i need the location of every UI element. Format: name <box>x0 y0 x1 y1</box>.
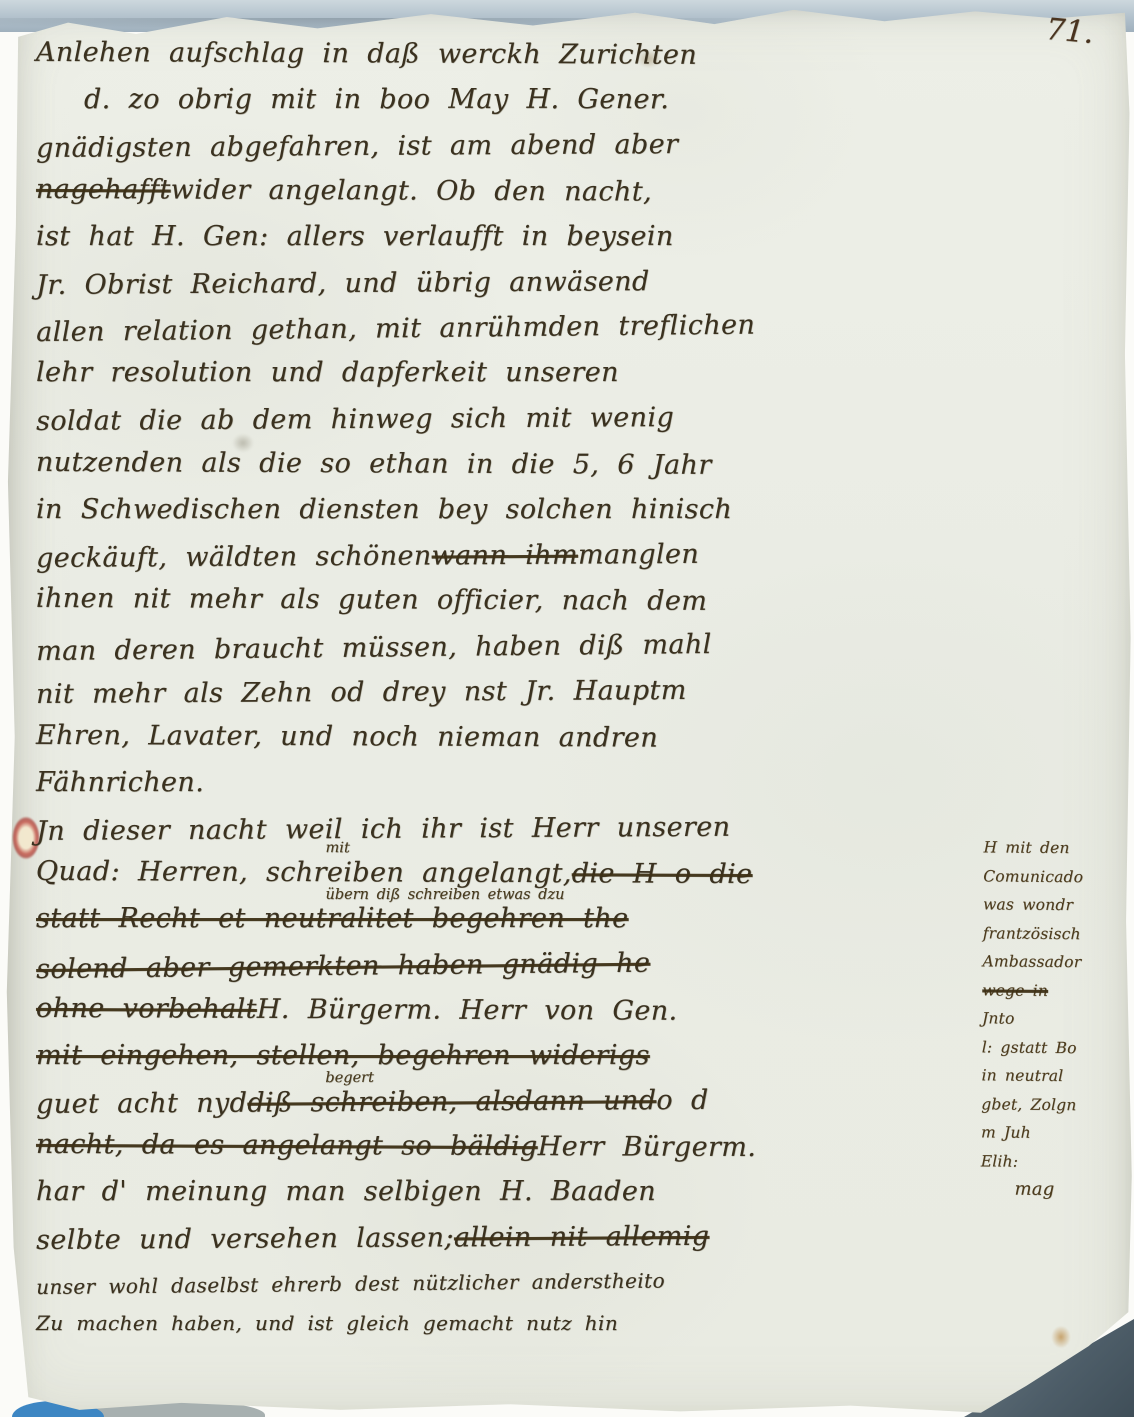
manuscript-line: statt Recht et neutralitet begehren theü… <box>36 889 1001 935</box>
manuscript-line: har d' meinung man selbigen H. Baaden <box>36 1162 1001 1208</box>
manuscript-line: Anlehen aufschlag in daß werckh Zurichte… <box>36 22 1001 72</box>
text-segment: wider angelangt. Ob den nacht, <box>171 173 652 206</box>
manuscript-line: guet acht nyd diß schreiben, alsdann und… <box>36 1068 1001 1119</box>
text-segment: har d' meinung man selbigen H. Baaden <box>36 1176 656 1207</box>
text-segment: statt Recht et neutralitet begehren the <box>36 903 628 934</box>
manuscript-line: Zu machen haben, und ist gleich gemacht … <box>36 1294 1001 1335</box>
manuscript-line: Jr. Obrist Reichard, und übrig anwäsend <box>36 249 1001 300</box>
margin-note: Ambassador <box>982 947 1134 977</box>
manuscript-line: d. zo obrig mit in boo May H. Gener. <box>36 70 1001 116</box>
manuscript-line: unser wohl daselbst ehrerb dest nützlich… <box>36 1247 1001 1298</box>
interlinear-insertion: übern diß schreiben etwas dzu <box>326 887 565 903</box>
manuscript-line: mit eingehen, stellen, begehren widerigs <box>36 1025 1001 1071</box>
manuscript-line: soldat die ab dem hinweg sich mit wenig <box>36 385 1001 436</box>
text-segment: selbte und versehen lassen; <box>36 1222 454 1256</box>
text-block: Anlehen aufschlag in daß werckh Zurichte… <box>36 24 1001 1335</box>
manuscript-line: Quad: Herren, schreiben angelangt, die H… <box>36 841 1001 891</box>
manuscript-line: nit mehr als Zehn od drey nst Jr. Hauptm <box>36 658 1001 709</box>
text-segment: d. zo obrig mit in boo May H. Gener. <box>84 84 669 115</box>
margin-note: gbet, Zolgn <box>981 1090 1134 1120</box>
margin-notes: H mit denComunicadowas wondrfrantzösisch… <box>980 833 1134 1205</box>
margin-note: was wondr <box>983 890 1134 920</box>
text-segment: ihnen nit mehr als guten officier, nach … <box>36 582 707 616</box>
text-segment: Quad: Herren, schreiben angelangt, <box>36 855 572 888</box>
interlinear-insertion: begert <box>325 1069 374 1085</box>
text-segment: allein nit allemig <box>454 1220 710 1253</box>
text-segment: nacht, da es angelangt so bäldig <box>36 1128 538 1161</box>
margin-note: wege in <box>982 976 1134 1006</box>
text-segment: soldat die ab dem hinweg sich mit wenig <box>36 402 674 437</box>
text-segment: Anlehen aufschlag in daß werckh Zurichte… <box>36 36 697 70</box>
manuscript-line: ohne vorbehalt H. Bürgerm. Herr von Gen. <box>36 977 1001 1027</box>
manuscript-line: geckäuft, wäldten schönen wann ihm mangl… <box>36 522 1001 573</box>
manuscript-line: Ehren, Lavater, und noch nieman andren <box>36 704 1001 754</box>
text-segment: nit mehr als Zehn od drey nst Jr. Hauptm <box>36 674 687 709</box>
text-segment: manglen <box>578 538 699 570</box>
margin-note: H mit den <box>983 833 1134 863</box>
text-segment: Jr. Obrist Reichard, und übrig anwäsend <box>36 265 650 300</box>
text-segment: o d <box>656 1084 709 1115</box>
margin-note: frantzösisch <box>983 919 1134 949</box>
margin-note: Elih: <box>981 1147 1134 1177</box>
text-segment: in Schwedischen diensten bey solchen hin… <box>36 494 732 525</box>
text-segment: nagehafft <box>36 173 171 205</box>
manuscript-line: in Schwedischen diensten bey solchen hin… <box>36 479 1001 525</box>
manuscript-line: man deren braucht müssen, haben diß mahl <box>36 610 1001 666</box>
manuscript-line: ihnen nit mehr als guten officier, nach … <box>36 568 1001 618</box>
manuscript-line: nagehafft wider angelangt. Ob den nacht, <box>36 158 1001 208</box>
manuscript-line: nutzenden als die so ethan in die 5, 6 J… <box>36 431 1001 481</box>
text-segment: ist hat H. Gen: allers verlaufft in beys… <box>36 221 674 252</box>
manuscript-line: Fähnrichen. <box>36 752 1001 798</box>
manuscript-line: solend aber gemerkten haben gnädig he <box>36 929 1001 985</box>
text-segment: ohne vorbehalt <box>36 992 257 1024</box>
margin-note: l: gstatt Bo <box>982 1033 1134 1063</box>
manuscript-line: gnädigsten abgefahren, ist am abend aber <box>36 112 1001 163</box>
manuscript-photo: 71. Anlehen aufschlag in daß werckh Zuri… <box>0 0 1134 1417</box>
text-segment: Zu machen haben, und ist gleich gemacht … <box>36 1311 618 1335</box>
text-segment: wann ihm <box>431 539 578 571</box>
margin-note: Comunicado <box>983 862 1134 892</box>
manuscript-line: allen relation gethan, mit anrühmden tre… <box>36 292 1001 348</box>
text-segment: H. Bürgerm. Herr von Gen. <box>257 993 678 1026</box>
text-segment: gnädigsten abgefahren, ist am abend aber <box>36 129 678 164</box>
interlinear-insertion: mit <box>326 840 350 856</box>
manuscript-line: ist hat H. Gen: allers verlaufft in beys… <box>36 206 1001 252</box>
text-segment: mit eingehen, stellen, begehren widerigs <box>36 1040 650 1071</box>
text-segment: die H o die <box>572 858 753 890</box>
manuscript-line: Jn dieser nacht weil ich ihr ist Herr un… <box>36 795 1001 846</box>
text-segment: Ehren, Lavater, und noch nieman andren <box>36 719 658 753</box>
manuscript-line: selbte und versehen lassen; allein nit a… <box>36 1204 1001 1255</box>
manuscript-line: lehr resolution und dapferkeit unseren <box>36 343 1001 389</box>
text-segment: Herr Bürgerm. <box>538 1131 757 1163</box>
manuscript-line: nacht, da es angelangt so bäldig Herr Bü… <box>36 1114 1001 1164</box>
text-segment: diß schreiben, alsdann und <box>247 1084 656 1117</box>
text-segment: Fähnrichen. <box>36 767 204 798</box>
page-number: 71. <box>1045 12 1096 51</box>
text-segment: nutzenden als die so ethan in die 5, 6 J… <box>36 446 712 480</box>
text-segment: lehr resolution und dapferkeit unseren <box>36 357 619 388</box>
margin-note: in neutral <box>981 1061 1134 1091</box>
tan-stain <box>1048 1322 1074 1352</box>
margin-note: Jnto <box>982 1004 1134 1034</box>
margin-note: mag <box>980 1175 1134 1205</box>
margin-note: m Juh <box>981 1118 1134 1148</box>
